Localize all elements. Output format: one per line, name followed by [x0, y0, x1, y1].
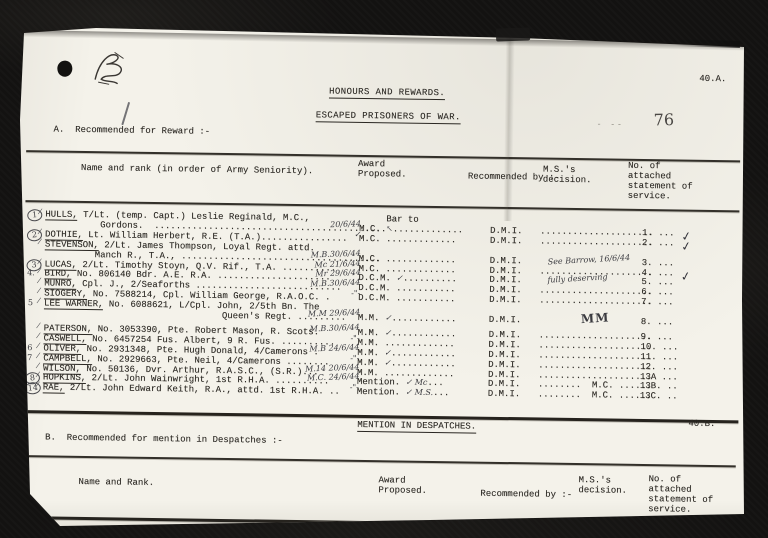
col-header-attached-b: No. of attached statement of service.: [648, 474, 713, 515]
award-pencil-mark: ✓ M.S.: [405, 388, 433, 397]
statement-number-cell: 8. ...: [641, 317, 680, 328]
statement-number-cell: [642, 248, 681, 259]
recommended-cell: D.M.I.: [488, 389, 538, 400]
margin-note: [26, 308, 44, 318]
doc-title: HONOURS AND REWARDS.: [329, 86, 445, 100]
statement-number-cell: 3. ...: [642, 258, 681, 269]
mention-title: MENTION IN DESPATCHES.: [357, 420, 476, 434]
rule-header-b-top: [22, 455, 736, 467]
col-header-award-a: Award Proposed.: [358, 159, 407, 180]
ink-doodle-icon: [89, 49, 130, 88]
paper-sheet: 40.A. HONOURS AND REWARDS. ESCAPED PRISO…: [0, 0, 768, 538]
handwritten-date: 20/6/44: [330, 219, 361, 230]
page-content: 40.A. HONOURS AND REWARDS. ESCAPED PRISO…: [11, 24, 748, 536]
rule-bottom: [15, 516, 737, 529]
pencil-marks: - --: [597, 120, 624, 130]
col-header-name-b: Name and Rank.: [78, 477, 154, 488]
paper-crease: [503, 35, 515, 221]
decision-handwriting: fully deserving: [547, 273, 608, 286]
table-a-rows: 1 ∕HULLS, T/Lt. (temp. Capt.) Leslie Reg…: [25, 209, 744, 409]
ink-blot: [56, 59, 74, 78]
name-circled: (T.A.): [229, 232, 262, 242]
statement-number-cell: [641, 307, 680, 318]
doc-subtitle: ESCAPED PRISONERS OF WAR.: [316, 110, 461, 124]
handwritten-date: M.B 24/6/44: [309, 342, 359, 354]
section-a-label: A. Recommended for Reward :-: [53, 125, 210, 137]
form-number-a: 40.A.: [699, 74, 726, 84]
decision-cell: ........ M.C. ......: [538, 390, 640, 401]
award-cell: Mention. ✓ M.S....: [357, 387, 488, 399]
col-header-ms-decision-a: M.S.'s decision.: [543, 165, 592, 186]
award-pencil-mark: ✓ Mc: [405, 378, 427, 387]
pencil-stroke: [121, 102, 130, 126]
check-mark: [679, 315, 722, 332]
col-header-recommended-b: Recommended by :-: [480, 489, 572, 500]
statement-number-cell: 5. ...: [641, 277, 680, 288]
surname: RAE,: [43, 383, 65, 394]
award-cell: M.M. ✓............: [358, 313, 489, 325]
fold-notch: [496, 27, 530, 41]
col-header-ms-decision-b: M.S.'s decision.: [578, 475, 627, 496]
handwritten-date: M.M 29/6/44: [307, 308, 360, 320]
name-cell: ∕Queen's Regt. .........M.M 29/6/44: [44, 308, 358, 322]
decision-handwriting: MM: [581, 313, 610, 325]
col-header-name-a: Name and rank (in order of Army Seniorit…: [81, 163, 313, 176]
col-header-award-b: Award Proposed.: [378, 475, 427, 496]
scanned-document: 40.A. HONOURS AND REWARDS. ESCAPED PRISO…: [0, 0, 768, 538]
check-mark: [678, 389, 721, 406]
decision-cell: MM: [539, 315, 641, 326]
statement-number-cell: [642, 218, 681, 229]
form-number-b: 40.B.: [688, 419, 715, 429]
section-b-label: B. Recommended for mention in Despatches…: [45, 432, 283, 445]
handwritten-date: -"-: [350, 383, 359, 393]
handwritten-date: -"-: [351, 289, 360, 299]
handwritten-date: M.B.30/6/44: [310, 323, 360, 335]
handwritten-date: ✓: [354, 230, 361, 240]
recommended-cell: D.M.I.: [489, 315, 539, 326]
col-header-attached-a: No. of attached statement of service.: [628, 161, 693, 202]
page-number-stamp: 76: [654, 115, 675, 125]
